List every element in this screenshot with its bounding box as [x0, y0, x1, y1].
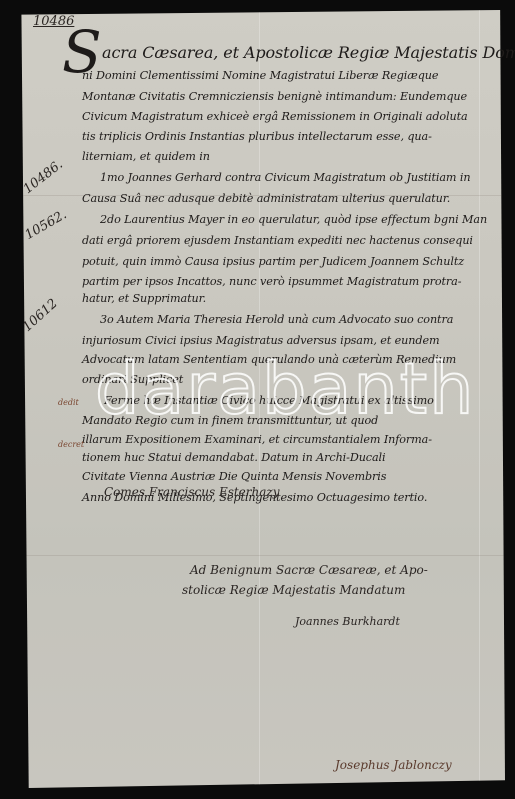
body-line-11: potuit, quin immò Causa ipsius partim pe…	[82, 255, 464, 268]
body-line-21: tionem huc Statui demandabat. Datum in A…	[82, 451, 386, 464]
fold-crease-right	[479, 10, 480, 788]
body-line-4: Civicum Magistratum exhiceè ergâ Remissi…	[82, 110, 468, 123]
body-line-13: hatur, et Supprimatur.	[82, 292, 206, 305]
body-line-7: 1mo Joannes Gerhard contra Civicum Magis…	[100, 171, 470, 184]
body-line-12: partim per ipsos Incattos, nunc verò ips…	[82, 275, 461, 288]
body-line-1: acra Cæsarea, et Apostolicæ Regiæ Majest…	[102, 43, 515, 62]
body-line-14: 3o Autem Maria Theresia Herold unà cum A…	[100, 313, 453, 326]
margin-note-2: decret	[58, 440, 84, 449]
body-line-5: tis triplicis Ordinis Instantias pluribu…	[82, 130, 432, 143]
countersign-line-2: stolicæ Regiæ Majestatis Mandatum	[182, 583, 405, 597]
countersign-line-1: Ad Benignum Sacræ Cæsareæ, et Apo-	[190, 563, 428, 577]
body-line-22: Civitate Vienna Austriæ Die Quinta Mensi…	[82, 470, 386, 483]
body-line-9: 2do Laurentius Mayer in eo querulatur, q…	[100, 213, 487, 226]
body-line-15: injuriosum Civici ipsius Magistratus adv…	[82, 334, 439, 347]
signature-jablonczy: Josephus Jablonczy	[335, 758, 452, 772]
signature-burkhardt: Joannes Burkhardt	[295, 615, 400, 628]
signature-esterhazy: Comes Franciscus Esterhazy	[104, 485, 280, 499]
watermark: darabanth	[95, 348, 476, 430]
margin-note-1: dedit	[58, 398, 79, 407]
body-line-3: Montanæ Civitatis Cremnicziensis benignè…	[82, 90, 467, 103]
body-line-6: literniam, et quidem in	[82, 150, 210, 163]
body-line-10: dati ergâ priorem ejusdem Instantiam exp…	[82, 234, 473, 247]
body-line-8: Causa Suâ nec adusque debitè administrat…	[82, 192, 450, 205]
body-line-20: illarum Expositionem Examinari, et circu…	[82, 433, 432, 446]
fold-crease-horizontal	[19, 555, 505, 556]
body-line-2: ni Domini Clementissimi Nomine Magistrat…	[82, 69, 438, 82]
